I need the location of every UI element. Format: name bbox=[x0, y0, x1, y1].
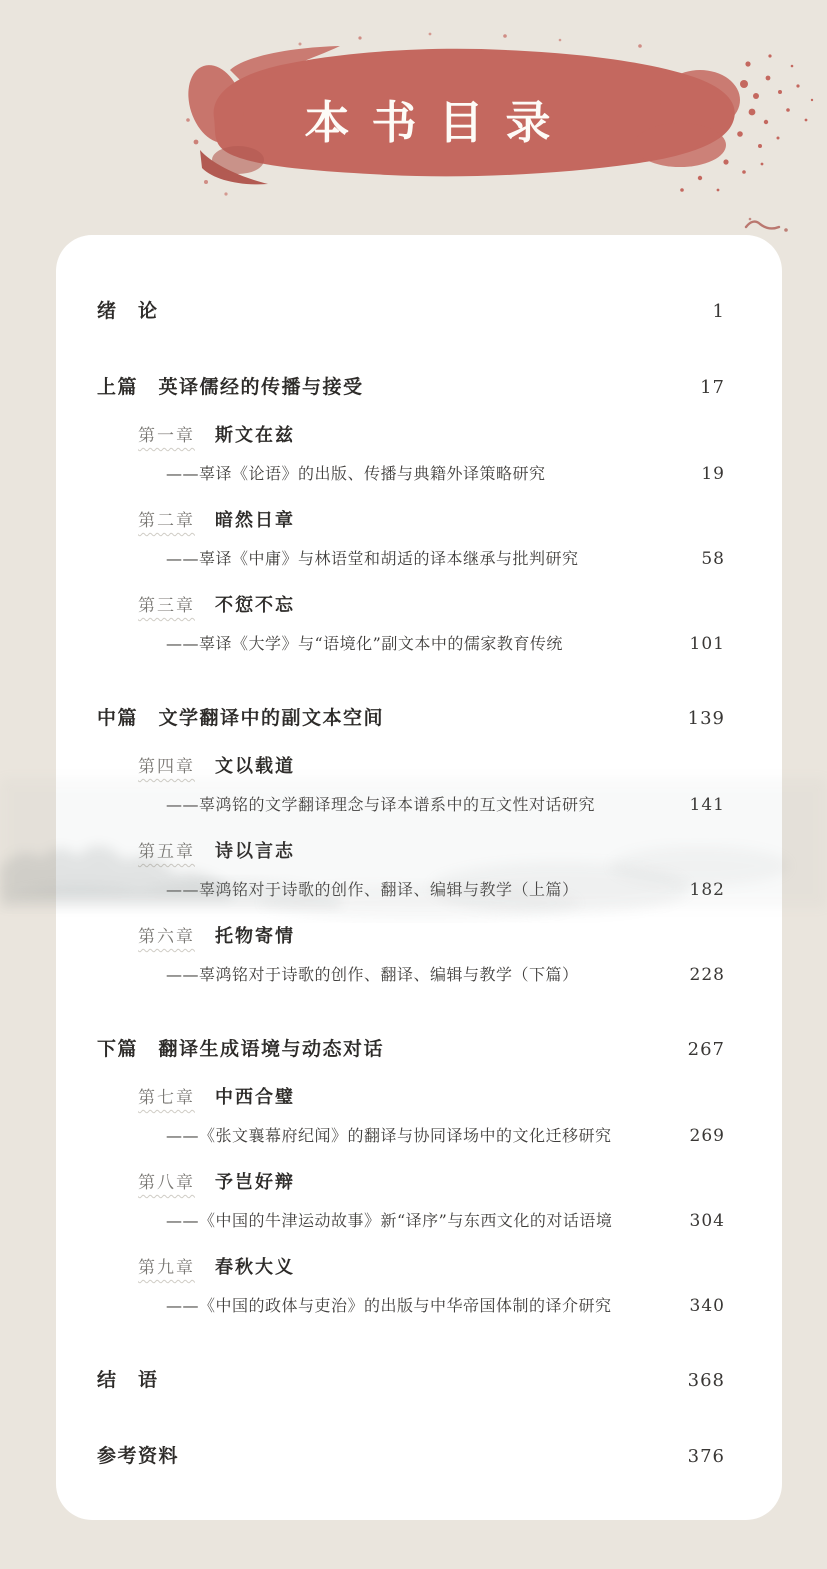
toc-entry-chapter6: 第六章 托物寄情 bbox=[97, 924, 725, 950]
chapter-subtitle: ——辜译《中庸》与林语堂和胡适的译本继承与批判研究 bbox=[166, 547, 579, 571]
entry-page-number: 19 bbox=[701, 462, 725, 486]
entry-page-number: 17 bbox=[700, 375, 725, 401]
toc-entry-chapter1: 第一章 斯文在兹 bbox=[97, 423, 725, 449]
toc-entry-chapter9: 第九章 春秋大义 bbox=[97, 1255, 725, 1281]
toc-entry-chapter8: 第八章 予岂好辩 bbox=[97, 1170, 725, 1196]
entry-label: 绪 论 bbox=[97, 299, 159, 325]
entry-label: 上篇 英译儒经的传播与接受 bbox=[97, 375, 364, 401]
chapter-subtitle: ——辜鸿铭的文学翻译理念与译本谱系中的互文性对话研究 bbox=[166, 793, 595, 817]
toc-entry-chapter7-subtitle: ——《张文襄幕府纪闻》的翻译与协同译场中的文化迁移研究 269 bbox=[97, 1124, 725, 1148]
entry-label: 下篇 翻译生成语境与动态对话 bbox=[97, 1037, 384, 1063]
toc-entry-conclusion: 结 语 368 bbox=[97, 1368, 725, 1394]
entry-label: 参考资料 bbox=[97, 1444, 179, 1470]
toc-entry-part3: 下篇 翻译生成语境与动态对话 267 bbox=[97, 1037, 725, 1063]
entry-page-number: 376 bbox=[688, 1444, 725, 1470]
toc-entry-chapter6-subtitle: ——辜鸿铭对于诗歌的创作、翻译、编辑与教学（下篇） 228 bbox=[97, 963, 725, 987]
chapter-subtitle: ——《中国的政体与吏治》的出版与中华帝国体制的译介研究 bbox=[166, 1294, 612, 1318]
chapter-number: 第一章 bbox=[138, 424, 195, 449]
toc-entry-chapter8-subtitle: ——《中国的牛津运动故事》新“译序”与东西文化的对话语境 304 bbox=[97, 1209, 725, 1233]
entry-page-number: 182 bbox=[690, 878, 725, 902]
toc-entry-chapter4-subtitle: ——辜鸿铭的文学翻译理念与译本谱系中的互文性对话研究 141 bbox=[97, 793, 725, 817]
entry-page-number: 228 bbox=[690, 963, 725, 987]
chapter-number: 第四章 bbox=[138, 755, 195, 780]
chapter-number: 第三章 bbox=[138, 594, 195, 619]
toc-entry-chapter2-subtitle: ——辜译《中庸》与林语堂和胡适的译本继承与批判研究 58 bbox=[97, 547, 725, 571]
toc-entry-chapter5-subtitle: ——辜鸿铭对于诗歌的创作、翻译、编辑与教学（上篇） 182 bbox=[97, 878, 725, 902]
toc-entry-chapter3-subtitle: ——辜译《大学》与“语境化”副文本中的儒家教育传统 101 bbox=[97, 632, 725, 656]
chapter-title: 春秋大义 bbox=[215, 1255, 295, 1280]
chapter-number: 第七章 bbox=[138, 1086, 195, 1111]
entry-page-number: 58 bbox=[701, 547, 725, 571]
entry-label: 中篇 文学翻译中的副文本空间 bbox=[97, 706, 384, 732]
toc-entry-introduction: 绪 论 1 bbox=[97, 299, 725, 325]
chapter-number: 第八章 bbox=[138, 1171, 195, 1196]
chapter-number: 第九章 bbox=[138, 1256, 195, 1281]
chapter-number: 第五章 bbox=[138, 840, 195, 865]
entry-page-number: 304 bbox=[690, 1209, 725, 1233]
chapter-subtitle: ——《张文襄幕府纪闻》的翻译与协同译场中的文化迁移研究 bbox=[166, 1124, 612, 1148]
page-title: 本书目录 bbox=[14, 86, 827, 151]
entry-page-number: 101 bbox=[690, 632, 725, 656]
chapter-title: 诗以言志 bbox=[215, 839, 295, 864]
toc-page: 本书目录 绪 论 1 上篇 英译儒经的传播与接受 17 第一章 斯文在兹 ——辜… bbox=[0, 0, 827, 1569]
entry-page-number: 139 bbox=[688, 706, 725, 732]
entry-page-number: 1 bbox=[713, 299, 725, 325]
chapter-subtitle: ——辜鸿铭对于诗歌的创作、翻译、编辑与教学（下篇） bbox=[166, 963, 579, 987]
entry-label: 结 语 bbox=[97, 1368, 159, 1394]
chapter-number: 第六章 bbox=[138, 925, 195, 950]
banner: 本书目录 bbox=[0, 0, 827, 260]
toc-entry-chapter4: 第四章 文以载道 bbox=[97, 754, 725, 780]
entry-page-number: 267 bbox=[688, 1037, 725, 1063]
chapter-title: 不愆不忘 bbox=[215, 593, 295, 618]
chapter-number: 第二章 bbox=[138, 509, 195, 534]
toc-card: 绪 论 1 上篇 英译儒经的传播与接受 17 第一章 斯文在兹 ——辜译《论语》… bbox=[56, 235, 782, 1520]
chapter-subtitle: ——《中国的牛津运动故事》新“译序”与东西文化的对话语境 bbox=[166, 1209, 612, 1233]
toc-entry-chapter7: 第七章 中西合璧 bbox=[97, 1085, 725, 1111]
chapter-title: 暗然日章 bbox=[215, 508, 295, 533]
entry-page-number: 141 bbox=[690, 793, 725, 817]
chapter-title: 托物寄情 bbox=[215, 924, 295, 949]
toc-entry-chapter3: 第三章 不愆不忘 bbox=[97, 593, 725, 619]
chapter-title: 予岂好辩 bbox=[215, 1170, 295, 1195]
chapter-title: 中西合璧 bbox=[215, 1085, 295, 1110]
chapter-subtitle: ——辜译《大学》与“语境化”副文本中的儒家教育传统 bbox=[166, 632, 563, 656]
toc-entry-part1: 上篇 英译儒经的传播与接受 17 bbox=[97, 375, 725, 401]
toc-entry-part2: 中篇 文学翻译中的副文本空间 139 bbox=[97, 706, 725, 732]
chapter-subtitle: ——辜译《论语》的出版、传播与典籍外译策略研究 bbox=[166, 462, 546, 486]
chapter-subtitle: ——辜鸿铭对于诗歌的创作、翻译、编辑与教学（上篇） bbox=[166, 878, 579, 902]
toc-entry-chapter2: 第二章 暗然日章 bbox=[97, 508, 725, 534]
entry-page-number: 269 bbox=[690, 1124, 725, 1148]
chapter-title: 斯文在兹 bbox=[215, 423, 295, 448]
toc-entry-chapter1-subtitle: ——辜译《论语》的出版、传播与典籍外译策略研究 19 bbox=[97, 462, 725, 486]
entry-page-number: 368 bbox=[688, 1368, 725, 1394]
entry-page-number: 340 bbox=[690, 1294, 725, 1318]
toc-entry-chapter9-subtitle: ——《中国的政体与吏治》的出版与中华帝国体制的译介研究 340 bbox=[97, 1294, 725, 1318]
toc-entry-chapter5: 第五章 诗以言志 bbox=[97, 839, 725, 865]
chapter-title: 文以载道 bbox=[215, 754, 295, 779]
toc-entry-references: 参考资料 376 bbox=[97, 1444, 725, 1470]
